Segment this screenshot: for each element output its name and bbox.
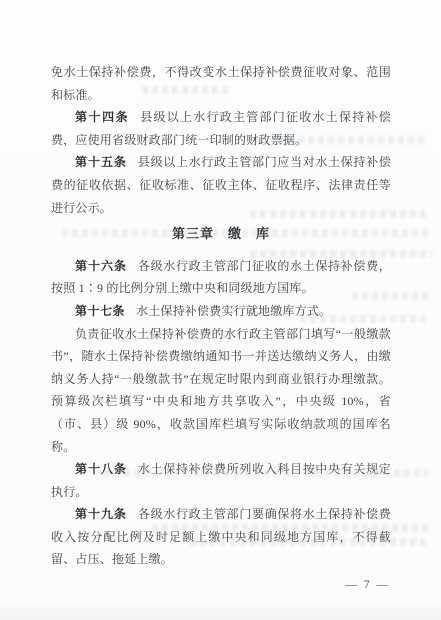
article-number: 第十五条 <box>75 155 127 169</box>
article-19: 第十九条各级水行政主管部门要确保将水土保持补偿费收入按分配比例及时足额上缴中央和… <box>51 503 391 571</box>
article-number: 第十四条 <box>75 110 129 124</box>
chapter-heading: 第三章 缴 库 <box>51 223 391 246</box>
article-18: 第十八条水土保持补偿费所列收入科目按中央有关规定执行。 <box>51 458 391 503</box>
paragraph-text: 负责征收水土保持补偿费的水行政主管部门填写“一般缴款书”，随水土保持补偿费缴纳通… <box>51 327 391 454</box>
article-15: 第十五条县级以上水行政主管部门应当对水土保持补偿费的征收依据、征收标准、征收主体… <box>51 151 391 219</box>
article-17: 第十七条水土保持补偿费实行就地缴库方式。 <box>51 300 391 323</box>
article-16: 第十六条各级水行政主管部门征收的水土保持补偿费，按照 1∶9 的比例分别上缴中央… <box>51 255 391 300</box>
page-number: — 7 — <box>51 574 391 597</box>
paragraph-continuation: 免水土保持补偿费，不得改变水土保持补偿费征收对象、范围和标准。 <box>51 61 391 106</box>
paragraph-text: 免水土保持补偿费，不得改变水土保持补偿费征收对象、范围和标准。 <box>51 65 391 102</box>
article-14: 第十四条县级以上水行政主管部门征收水土保持补偿费，应使用省级财政部门统一印制的财… <box>51 106 391 151</box>
article-number: 第十七条 <box>75 304 125 318</box>
document-body: 免水土保持补偿费，不得改变水土保持补偿费征收对象、范围和标准。 第十四条县级以上… <box>51 61 391 597</box>
article-number: 第十九条 <box>75 507 127 521</box>
scanned-document-page: 免水土保持补偿费，不得改变水土保持补偿费征收对象、范围和标准。 第十四条县级以上… <box>0 0 441 620</box>
article-text: 水土保持补偿费实行就地缴库方式。 <box>136 304 331 318</box>
paragraph-payment-procedure: 负责征收水土保持补偿费的水行政主管部门填写“一般缴款书”，随水土保持补偿费缴纳通… <box>51 323 391 459</box>
article-number: 第十六条 <box>75 259 127 273</box>
article-number: 第十八条 <box>75 462 127 476</box>
